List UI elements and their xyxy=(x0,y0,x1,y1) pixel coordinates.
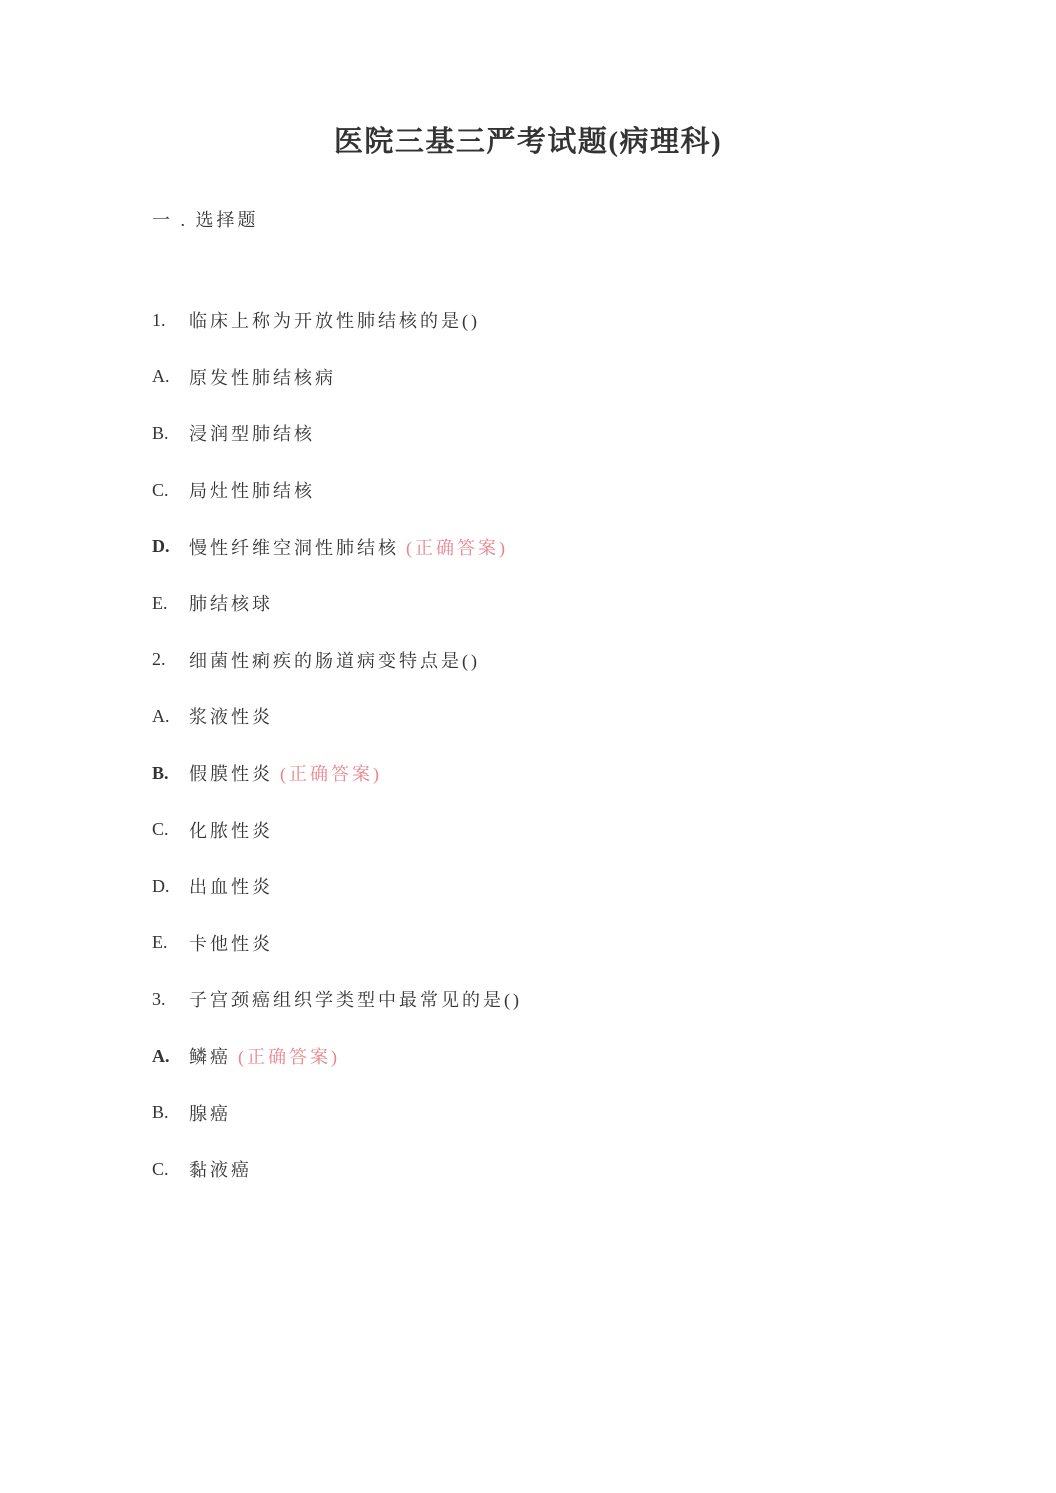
option-letter: A. xyxy=(152,706,189,727)
option-1-b: B. 浸润型肺结核 xyxy=(152,405,904,462)
option-text: 慢性纤维空洞性肺结核 xyxy=(189,534,399,560)
option-2-c: C. 化脓性炎 xyxy=(152,801,904,858)
question-number: 2. xyxy=(152,649,189,670)
option-3-c: C. 黏液癌 xyxy=(152,1141,904,1198)
option-letter: C. xyxy=(152,480,189,501)
question-1: 1. 临床上称为开放性肺结核的是() xyxy=(152,292,904,349)
correct-answer-tag: (正确答案) xyxy=(238,1043,340,1069)
option-text: 出血性炎 xyxy=(189,873,273,899)
question-3: 3. 子宫颈癌组织学类型中最常见的是() xyxy=(152,971,904,1028)
option-2-b: B. 假膜性炎 (正确答案) xyxy=(152,745,904,802)
option-1-c: C. 局灶性肺结核 xyxy=(152,462,904,519)
page-title: 医院三基三严考试题(病理科) xyxy=(152,0,904,120)
option-text: 腺癌 xyxy=(189,1100,231,1126)
option-text: 肺结核球 xyxy=(189,590,273,616)
option-1-a: A. 原发性肺结核病 xyxy=(152,349,904,406)
option-letter: B. xyxy=(152,1102,189,1123)
section-heading: 一 . 选择题 xyxy=(152,190,904,247)
question-2: 2. 细菌性痢疾的肠道病变特点是() xyxy=(152,632,904,689)
question-text: 子宫颈癌组织学类型中最常见的是() xyxy=(189,986,522,1012)
question-list: 1. 临床上称为开放性肺结核的是() A. 原发性肺结核病 B. 浸润型肺结核 … xyxy=(152,292,904,1198)
question-text: 细菌性痢疾的肠道病变特点是() xyxy=(189,647,480,673)
option-2-e: E. 卡他性炎 xyxy=(152,915,904,972)
option-letter: E. xyxy=(152,593,189,614)
option-3-a: A. 鳞癌 (正确答案) xyxy=(152,1028,904,1085)
option-text: 鳞癌 xyxy=(189,1043,231,1069)
question-number: 3. xyxy=(152,989,189,1010)
option-text: 化脓性炎 xyxy=(189,817,273,843)
option-letter: A. xyxy=(152,366,189,387)
option-text: 原发性肺结核病 xyxy=(189,364,336,390)
section-heading-label: 一 . 选择题 xyxy=(152,206,259,232)
option-2-d: D. 出血性炎 xyxy=(152,858,904,915)
option-letter: A. xyxy=(152,1046,189,1067)
option-letter: D. xyxy=(152,536,189,557)
option-text: 黏液癌 xyxy=(189,1156,252,1182)
option-letter: D. xyxy=(152,876,189,897)
option-1-e: E. 肺结核球 xyxy=(152,575,904,632)
option-letter: E. xyxy=(152,932,189,953)
option-text: 浆液性炎 xyxy=(189,703,273,729)
option-text: 卡他性炎 xyxy=(189,930,273,956)
correct-answer-tag: (正确答案) xyxy=(406,534,508,560)
option-letter: B. xyxy=(152,763,189,784)
option-text: 浸润型肺结核 xyxy=(189,420,315,446)
question-number: 1. xyxy=(152,310,189,331)
question-text: 临床上称为开放性肺结核的是() xyxy=(189,307,480,333)
correct-answer-tag: (正确答案) xyxy=(280,760,382,786)
option-letter: C. xyxy=(152,1159,189,1180)
option-3-b: B. 腺癌 xyxy=(152,1084,904,1141)
option-letter: C. xyxy=(152,819,189,840)
option-text: 假膜性炎 xyxy=(189,760,273,786)
option-2-a: A. 浆液性炎 xyxy=(152,688,904,745)
option-text: 局灶性肺结核 xyxy=(189,477,315,503)
option-letter: B. xyxy=(152,423,189,444)
document-page: 医院三基三严考试题(病理科) 一 . 选择题 1. 临床上称为开放性肺结核的是(… xyxy=(0,0,1056,1493)
option-1-d: D. 慢性纤维空洞性肺结核 (正确答案) xyxy=(152,518,904,575)
